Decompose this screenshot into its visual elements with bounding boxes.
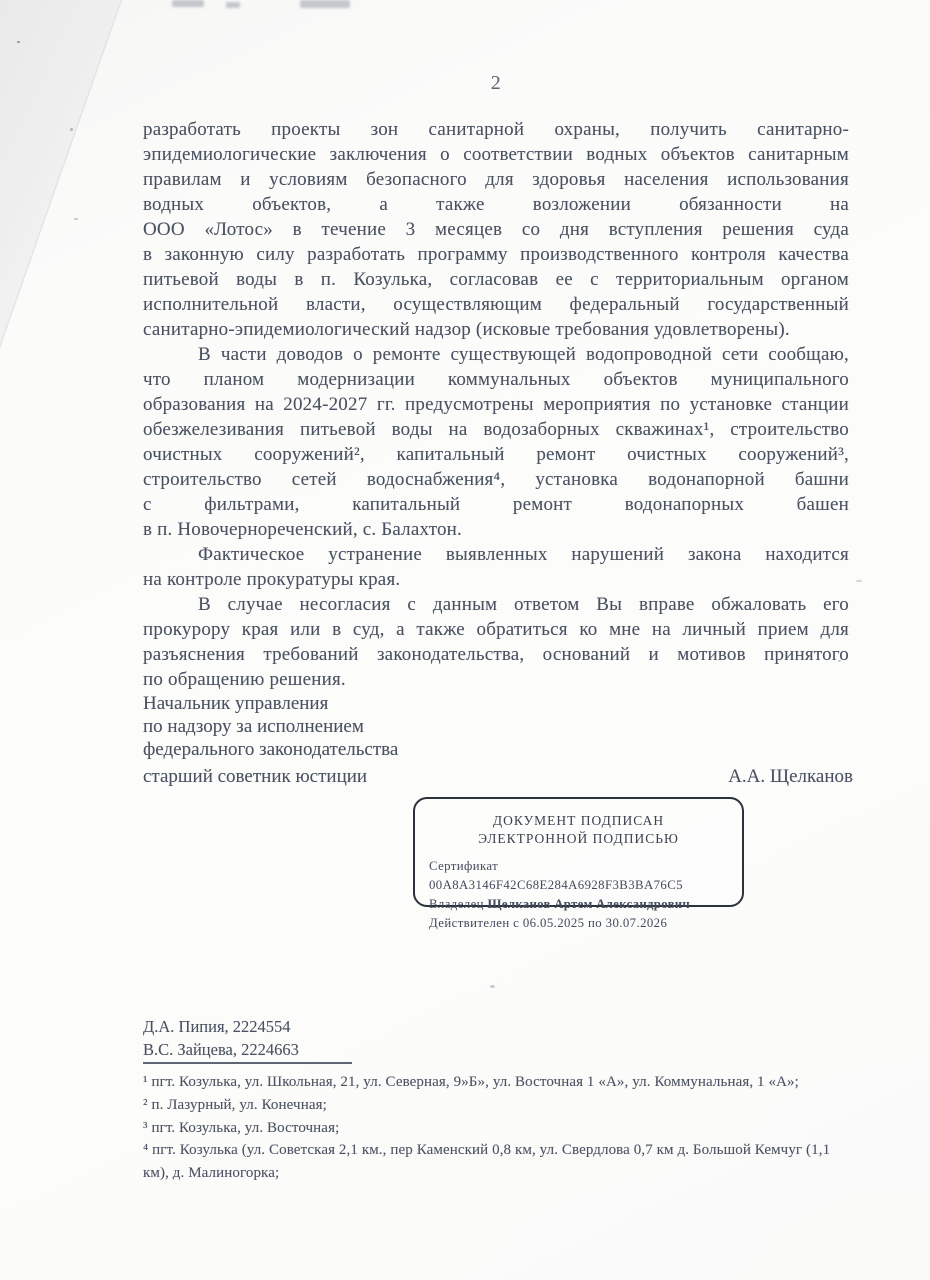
stamp-owner-line: Владелец Щелканов Артем Александрович [429,895,742,914]
scan-speck [74,218,78,220]
executor-contact: Д.А. Пипия, 2224554 [143,1015,299,1038]
body-line: водных объектов, а также возложении обяз… [143,192,849,217]
scan-smudge [172,0,204,7]
body-line: разработать проекты зон санитарной охран… [143,117,849,142]
stamp-owner-name: Щелканов Артем Александрович [488,897,690,911]
scan-speck [70,128,73,131]
body-line: обезжелезивания питьевой воды на водозаб… [143,417,849,442]
body-line: очистных сооружений², капитальный ремонт… [143,442,849,467]
body-line: В случае несогласия с данным ответом Вы … [143,592,849,617]
body-line: по обращению решения. [143,667,849,692]
signer-rank: старший советник юстиции [143,766,367,788]
body-line: В части доводов о ремонте существующей в… [143,342,849,367]
stamp-title-line1: ДОКУМЕНТ ПОДПИСАН [415,812,742,830]
page-number: 2 [143,72,849,95]
document-body: разработать проекты зон санитарной охран… [143,117,849,692]
body-line: ООО «Лотос» в течение 3 месяцев со дня в… [143,217,849,242]
executor-contact: В.С. Зайцева, 2224663 [143,1038,299,1061]
body-line: правилам и условиям безопасного для здор… [143,167,849,192]
scan-speck [17,41,20,43]
signer-name: А.А. Щелканов [728,766,853,788]
body-line: с фильтрами, капитальный ремонт водонапо… [143,492,849,517]
body-line: эпидемиологические заключения о соответс… [143,142,849,167]
stamp-certificate-line: Сертификат 00A8A3146F42C68E284A6928F3B3B… [429,857,742,895]
stamp-validity-line: Действителен с 06.05.2025 по 30.07.2026 [429,914,742,933]
footnote-separator-rule [143,1062,352,1064]
signer-position-line: федерального законодательства [143,738,849,761]
scanned-document-page: 2 разработать проекты зон санитарной охр… [0,0,930,1280]
scan-speck [490,985,495,988]
body-line: разъяснения требований законодательства,… [143,642,849,667]
body-line: исполнительной власти, осуществляющим фе… [143,292,849,317]
body-line: в п. Новочернореченский, с. Балахтон. [143,517,849,542]
footnote-2: ² п. Лазурный, ул. Конечная; [143,1094,855,1117]
scan-fold-edge [0,0,122,348]
footnote-1: ¹ пгт. Козулька, ул. Школьная, 21, ул. С… [143,1071,855,1094]
stamp-title-line2: ЭЛЕКТРОННОЙ ПОДПИСЬЮ [415,830,742,848]
body-line: прокурору края или в суд, а также обрати… [143,617,849,642]
signer-rank-row: старший советник юстиции А.А. Щелканов [143,766,853,788]
footnote-3: ³ пгт. Козулька, ул. Восточная; [143,1117,855,1140]
body-line: строительство сетей водоснабжения⁴, уста… [143,467,849,492]
stamp-owner-label: Владелец [429,897,488,911]
signer-position-line: Начальник управления [143,692,849,715]
footnotes-block: ¹ пгт. Козулька, ул. Школьная, 21, ул. С… [143,1071,855,1185]
body-line: Фактическое устранение выявленных наруше… [143,542,849,567]
body-line: что планом модернизации коммунальных объ… [143,367,849,392]
body-line: в законную силу разработать программу пр… [143,242,849,267]
signer-position-block: Начальник управления по надзору за испол… [143,692,849,761]
executor-contacts: Д.А. Пипия, 2224554 В.С. Зайцева, 222466… [143,1015,299,1061]
scan-smudge [300,0,350,8]
scan-speck [856,580,862,582]
scan-smudge [226,2,240,8]
body-line: санитарно-эпидемиологический надзор (иск… [143,317,849,342]
footnote-4: ⁴ пгт. Козулька (ул. Советская 2,1 км., … [143,1139,855,1185]
signer-position-line: по надзору за исполнением [143,715,849,738]
electronic-signature-stamp: ДОКУМЕНТ ПОДПИСАН ЭЛЕКТРОННОЙ ПОДПИСЬЮ С… [413,797,744,907]
body-line: образования на 2024-2027 гг. предусмотре… [143,392,849,417]
stamp-info: Сертификат 00A8A3146F42C68E284A6928F3B3B… [415,857,742,933]
body-line: на контроле прокуратуры края. [143,567,849,592]
body-line: питьевой воды в п. Козулька, согласовав … [143,267,849,292]
